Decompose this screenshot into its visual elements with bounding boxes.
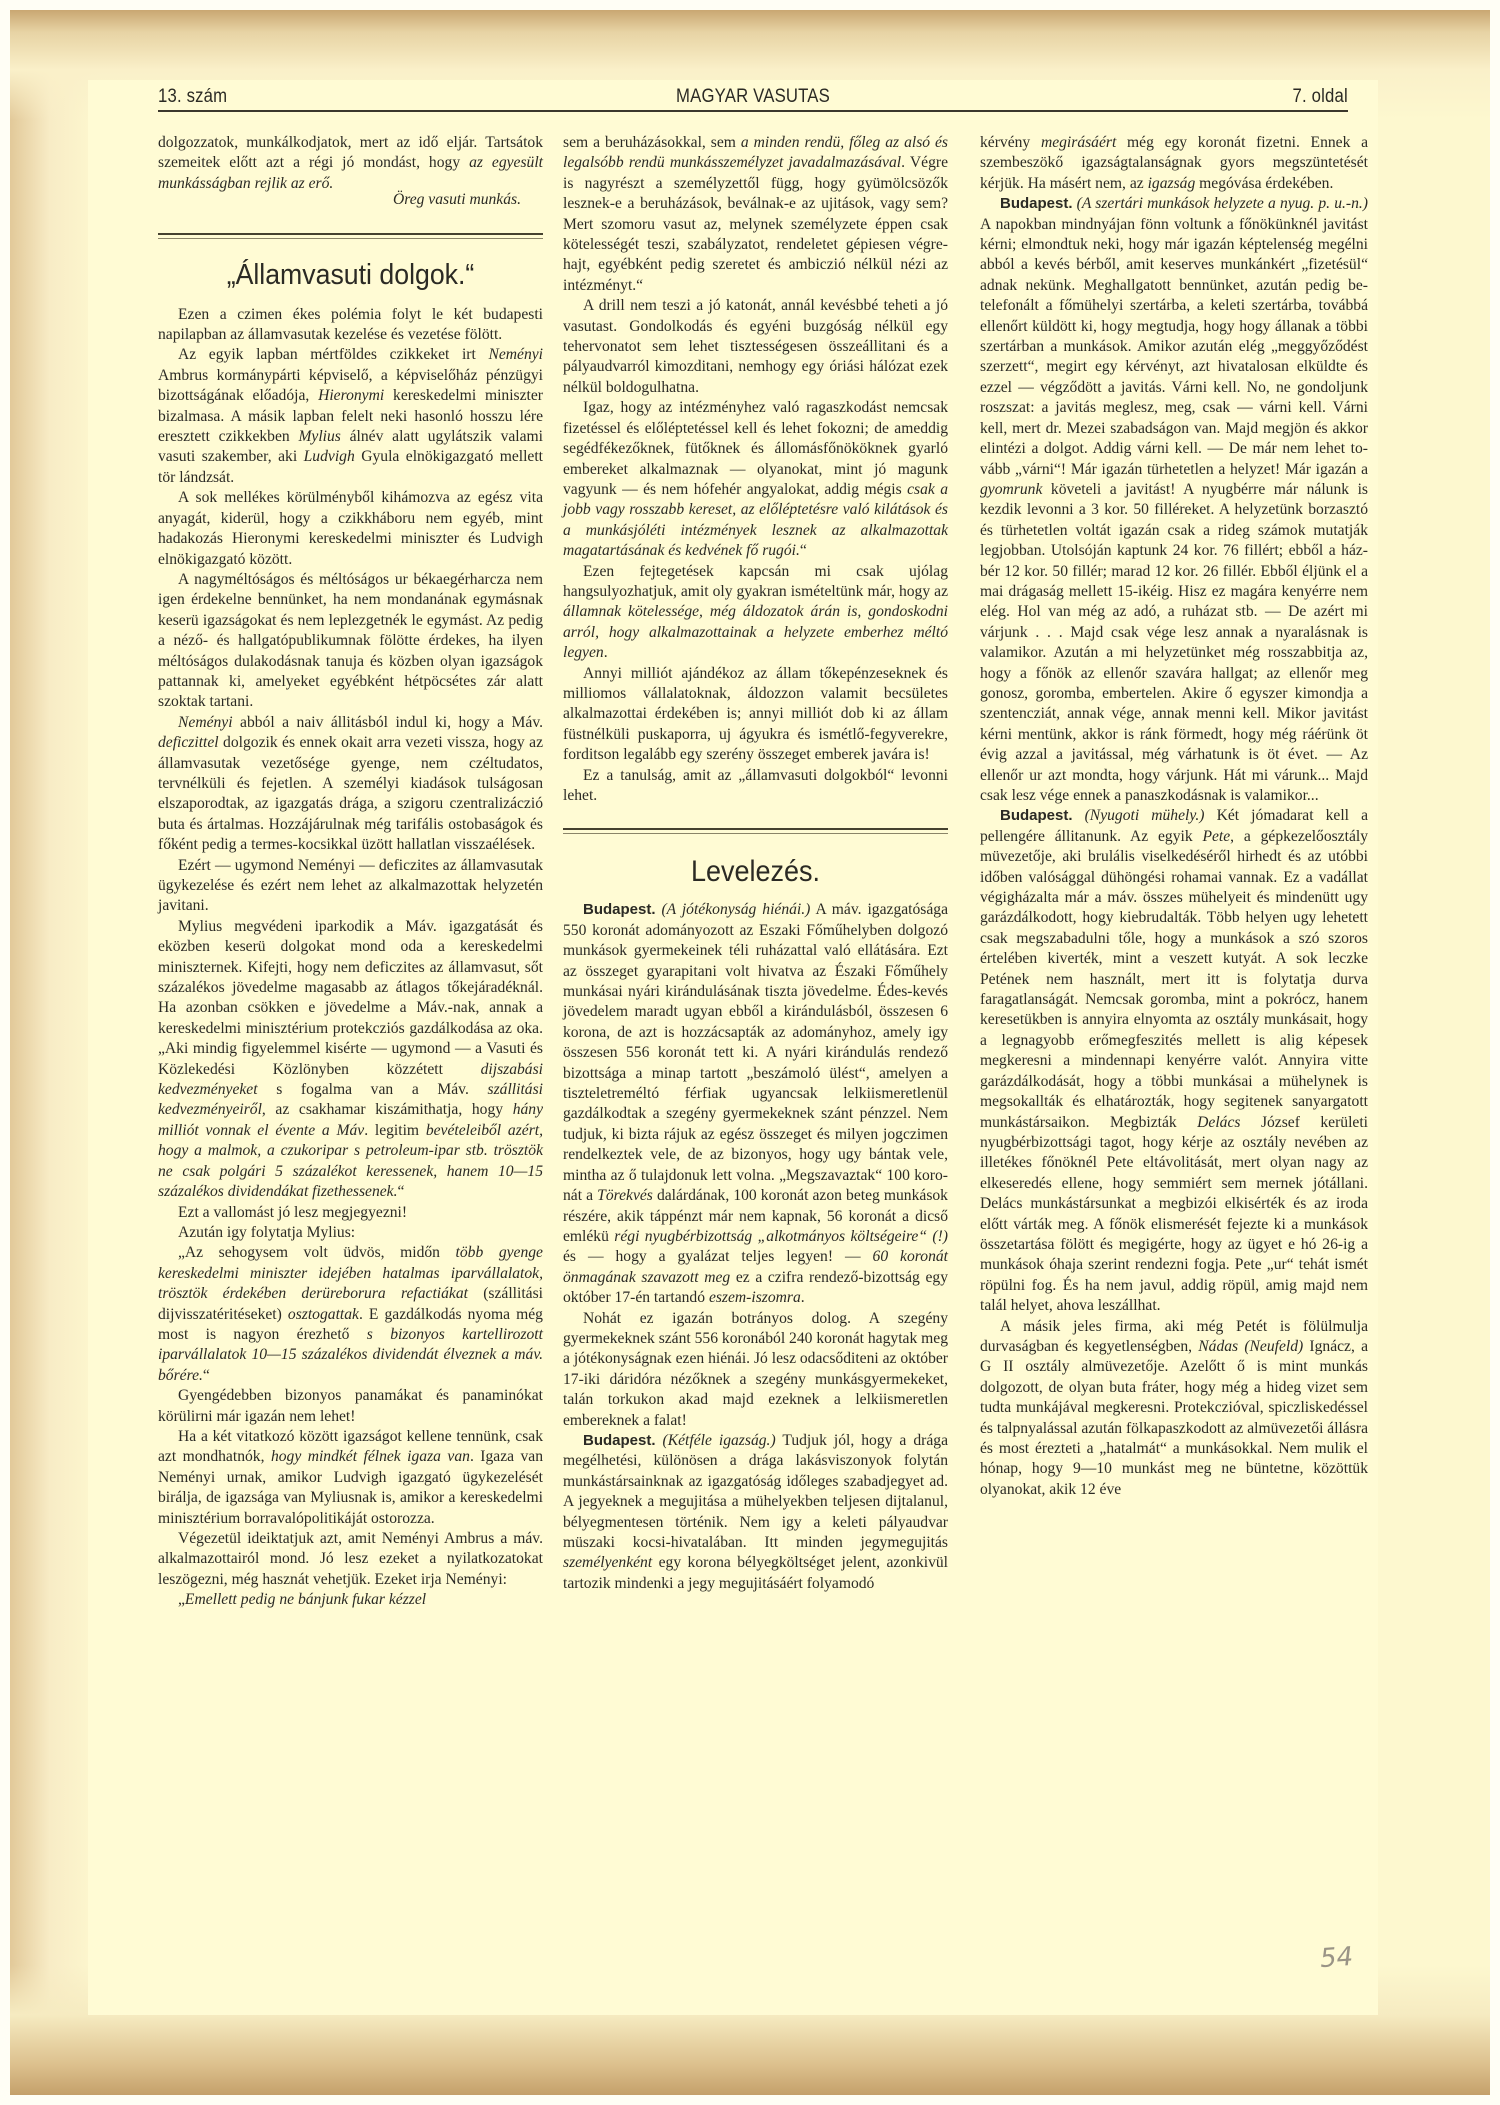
letter-paragraph: Budapest. (Kétféle igazság.) Tudjuk jól,…	[563, 1431, 948, 1594]
paragraph: A nagyméltóságos és méltóságos ur béka­e…	[158, 570, 543, 713]
section-divider	[563, 828, 948, 834]
letter-paragraph: Budapest. (Nyugoti mühely.) Két jómada­r…	[980, 806, 1368, 1316]
paragraph: Azután igy folytatja Mylius:	[158, 1223, 543, 1243]
letter-dateline: Budapest.	[583, 901, 656, 918]
letter-subtitle: (Nyugoti mühely.)	[1073, 807, 1205, 824]
paragraph: Ezt a vallomást jó lesz megjegyezni!	[158, 1203, 543, 1223]
section-divider	[158, 233, 543, 239]
letter-subtitle: (Kétféle igazság.)	[656, 1432, 776, 1449]
handwritten-folio-number: 54	[1319, 1942, 1354, 1974]
paragraph: Végezetül ideiktatjuk azt, amit Neményi …	[158, 1529, 543, 1590]
correspondence-letters: Budapest. (A szertári munkások helyzete …	[980, 194, 1368, 1500]
paragraph: sem a beruházásokkal, sem a minden rendü…	[563, 133, 948, 296]
letter-subtitle: (A jótékonyság hiénái.)	[656, 901, 811, 918]
page-number: 7. oldal	[1293, 86, 1348, 108]
header-rule	[158, 110, 1348, 112]
paragraph: „Emellett pedig ne bánjunk fukar kézzel	[158, 1590, 543, 1610]
continuation-paragraph: dolgozzatok, munkálkodjatok, mert az idő…	[158, 133, 543, 194]
paragraph: Ha a két vitatkozó között igazságot kell…	[158, 1427, 543, 1529]
letter-dateline: Budapest.	[1000, 807, 1073, 824]
paragraph: „Az sehogysem volt üdvös, midőn több gye…	[158, 1243, 543, 1386]
paragraph: Gyengédebben bizonyos panamákat és pa­na…	[158, 1386, 543, 1427]
paragraph: Ezért — ugymond Neményi — deficzites az …	[158, 856, 543, 917]
paragraph: kérvény megirásáért még egy koronát fize…	[980, 133, 1368, 194]
article-body: Ezen a czimen ékes polémia folyt le két …	[158, 305, 543, 1611]
section-title: Levelezés.	[582, 854, 929, 890]
paragraph: Neményi abból a naiv állitásból indul ki…	[158, 713, 543, 856]
paragraph: Annyi milliót ajándékoz az állam tőke­pé…	[563, 664, 948, 766]
letter-paragraph: Budapest. (A szertári munkások helyzete …	[980, 194, 1368, 806]
column-1: dolgozzatok, munkálkodjatok, mert az idő…	[158, 133, 543, 1611]
correspondence-letters: Budapest. (A jótékonyság hiénái.) A máv.…	[563, 900, 948, 1594]
paragraph: A sok mellékes körülményből kihámozva az…	[158, 488, 543, 570]
paragraph: Mylius megvédeni iparkodik a Máv. igaz­g…	[158, 917, 543, 1203]
issue-number: 13. szám	[158, 86, 227, 108]
letter-dateline: Budapest.	[583, 1432, 656, 1449]
letter-paragraph: Budapest. (A jótékonyság hiénái.) A máv.…	[563, 900, 948, 1308]
article-title: „Államvasuti dolgok.“	[173, 257, 527, 293]
paragraph: Nohát ez igazán botrányos dolog. A sze­g…	[563, 1309, 948, 1431]
column-2: sem a beruházásokkal, sem a minden rendü…	[563, 133, 948, 1594]
column-3: kérvény megirásáért még egy koronát fize…	[980, 133, 1368, 1500]
paragraph: Ez a tanulság, amit az „államvasuti dol­…	[563, 766, 948, 807]
masthead-title: MAGYAR VASUTAS	[676, 86, 830, 108]
letter-dateline: Budapest.	[1000, 195, 1073, 212]
paragraph: A drill nem teszi a jó katonát, annál ke…	[563, 296, 948, 398]
paragraph: Ezen fejtegetések kapcsán mi csak ujólag…	[563, 562, 948, 664]
paragraph: A másik jeles firma, aki még Petét is fö…	[980, 1317, 1368, 1501]
letter-subtitle: (A szertári munkások helyzete a nyug. p.…	[1073, 195, 1368, 212]
letter-continuation: kérvény megirásáért még egy koronát fize…	[980, 133, 1368, 194]
paragraph: Ezen a czimen ékes polémia folyt le két …	[158, 305, 543, 346]
article-body-continued: sem a beruházásokkal, sem a minden rendü…	[563, 133, 948, 806]
paragraph: Az egyik lapban mértföldes czikkeket irt…	[158, 345, 543, 488]
paragraph: Igaz, hogy az intézményhez való ragasz­k…	[563, 398, 948, 561]
